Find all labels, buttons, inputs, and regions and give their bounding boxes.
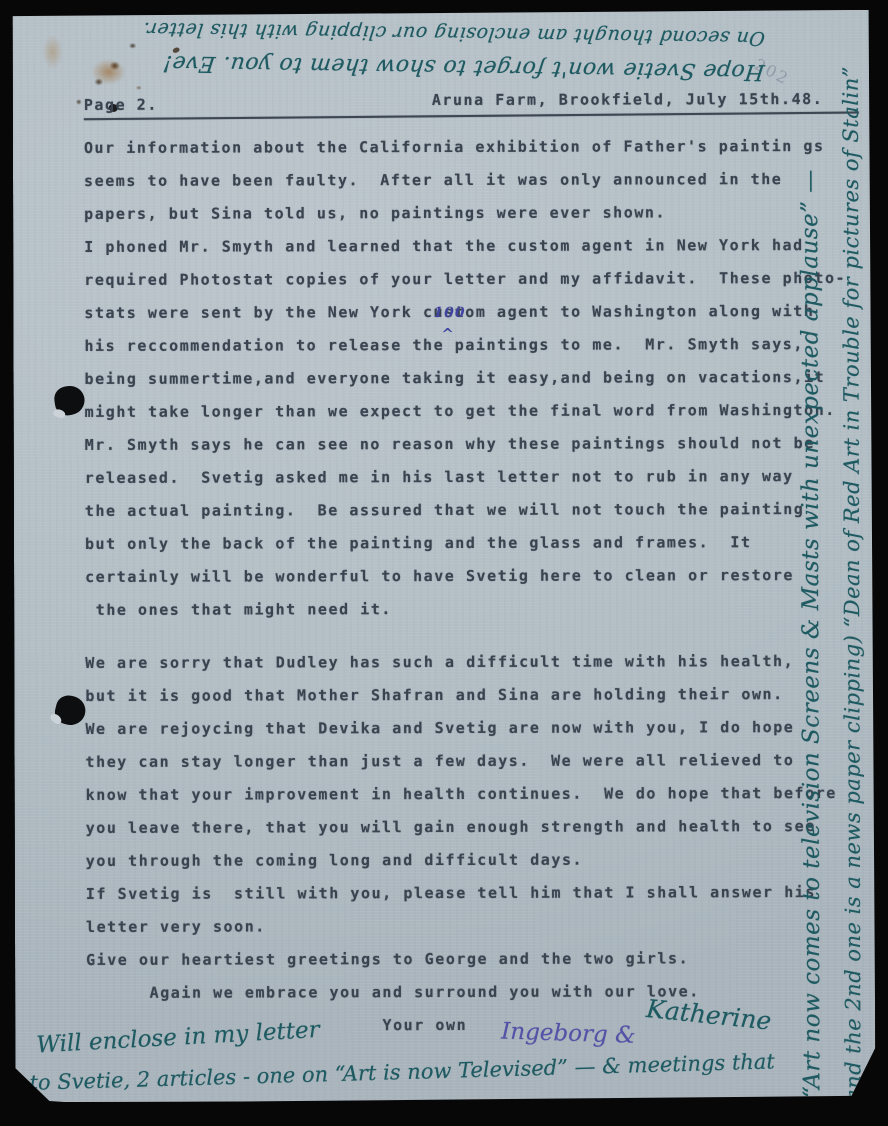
typed-line: being summertime,and everyone taking it …	[84, 361, 866, 396]
scanned-letter-screenshot: { "document": { "page_label": "Page 2.",…	[0, 0, 888, 1126]
typed-line: letter very soon.	[86, 909, 868, 944]
typed-line: you leave there, that you will gain enou…	[86, 810, 868, 845]
typed-line: but only the back of the painting and th…	[85, 526, 867, 561]
header-underline	[84, 112, 859, 121]
margin-annotation-inner: “Art now comes to television Screens & M…	[797, 169, 825, 1098]
typed-line: Give our heartiest greetings to George a…	[86, 942, 868, 977]
typed-line: released. Svetig asked me in his last le…	[85, 460, 867, 495]
typed-line: his reccommendation to release the paint…	[84, 328, 866, 363]
bottom-annotation-line2: to Svetie, 2 articles - one on “Art is n…	[29, 1049, 775, 1094]
dateline: Aruna Farm, Brookfield, July 15th.48.	[432, 90, 824, 109]
typed-line: but it is good that Mother Shafran and S…	[85, 678, 867, 713]
handwritten-insertion-100: 100	[433, 305, 465, 321]
typed-line: know that your improvement in health con…	[86, 777, 868, 812]
typed-line: might take longer than we expect to get …	[85, 394, 867, 429]
punch-hole	[53, 384, 87, 417]
margin-annotation-outer: and the 2nd one is a news paper clipping…	[839, 66, 866, 1102]
signature-ingeborg: Ingeborg &	[501, 1019, 636, 1049]
typed-line: required Photostat copies of your letter…	[84, 262, 866, 297]
typed-line: We are rejoycing that Devika and Svetig …	[85, 711, 867, 746]
punch-hole	[52, 693, 88, 728]
typed-line: Our information about the California exh…	[84, 130, 866, 165]
insertion-caret: ^	[441, 325, 454, 343]
upside-down-annotation: Hope Svetie won't forget to show them to…	[74, 12, 765, 88]
typed-line: I phoned Mr. Smyth and learned that the …	[84, 229, 866, 264]
page-number-label: Page 2.	[84, 96, 158, 114]
letter-page: Page 2. Aruna Farm, Brookfield, July 15t…	[13, 10, 876, 1102]
typed-line: the actual painting. Be assured that we …	[85, 493, 867, 528]
typed-line: If Svetig is still with you, please tell…	[86, 876, 868, 911]
typed-line: Mr. Smyth says he can see no reason why …	[85, 427, 867, 462]
typed-line: certainly will be wonderful to have Svet…	[85, 559, 867, 594]
typed-line: seems to have been faulty. After all it …	[84, 163, 866, 198]
letter-body: Our information about the California exh…	[84, 130, 868, 1043]
typed-line: you through the coming long and difficul…	[86, 843, 868, 878]
typed-line: papers, but Sina told us, no paintings w…	[84, 196, 866, 231]
typed-line	[85, 625, 867, 647]
typed-line: We are sorry that Dudley has such a diff…	[85, 645, 867, 680]
typed-line: stats were sent by the New York custom a…	[84, 295, 866, 330]
typed-line: they can stay longer than just a few day…	[85, 744, 867, 779]
typed-line: the ones that might need it.	[85, 592, 867, 627]
